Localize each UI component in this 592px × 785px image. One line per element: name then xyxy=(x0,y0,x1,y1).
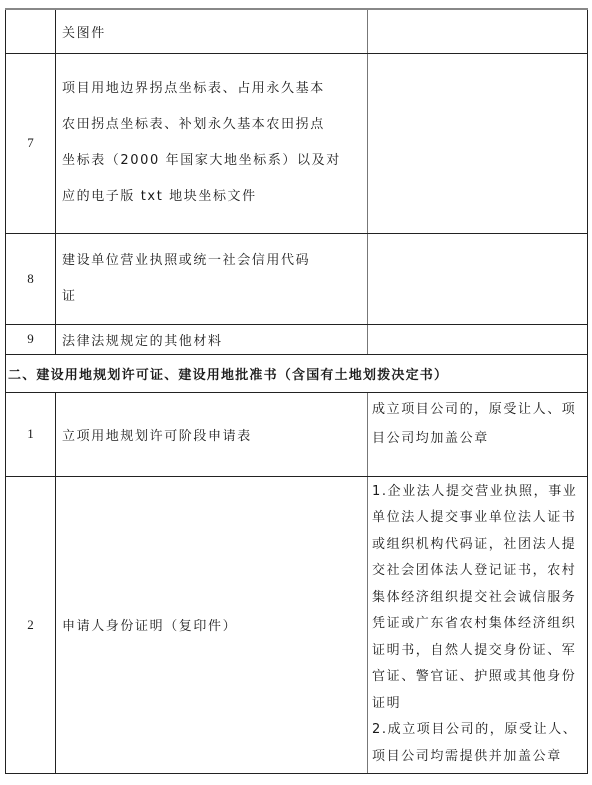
row-number: 1 xyxy=(6,392,56,476)
item-text: 应的电子版 txt 地块坐标文件 xyxy=(62,179,361,215)
row-number: 9 xyxy=(6,324,56,354)
item-cell: 立项用地规划许可阶段申请表 xyxy=(56,392,368,476)
note-cell xyxy=(368,9,588,53)
row-number: 7 xyxy=(6,53,56,233)
item-cell: 法律法规规定的其他材料 xyxy=(56,324,368,354)
note-text: 或组织机构代码证，社团法人提 xyxy=(372,532,584,559)
note-text: 1.企业法人提交营业执照，事业 xyxy=(372,479,584,506)
row-number xyxy=(6,9,56,53)
row-number: 2 xyxy=(6,476,56,773)
table-row: 关图件 xyxy=(6,9,588,53)
table-row: 7 项目用地边界拐点坐标表、占用永久基本 农田拐点坐标表、补划永久基本农田拐点 … xyxy=(6,53,588,233)
item-text: 申请人身份证明（复印件） xyxy=(62,615,361,634)
item-cell: 建设单位营业执照或统一社会信用代码 证 xyxy=(56,233,368,324)
note-text: 证明 xyxy=(372,691,584,718)
note-cell xyxy=(368,233,588,324)
table-row: 9 法律法规规定的其他材料 xyxy=(6,324,588,354)
item-cell: 申请人身份证明（复印件） xyxy=(56,476,368,773)
note-cell: 成立项目公司的，原受让人、项 目公司均加盖公章 xyxy=(368,392,588,476)
item-text: 建设单位营业执照或统一社会信用代码 xyxy=(62,243,361,279)
item-text: 项目用地边界拐点坐标表、占用永久基本 xyxy=(62,71,361,107)
row-number: 8 xyxy=(6,233,56,324)
item-text: 法律法规规定的其他材料 xyxy=(62,330,361,349)
item-text: 立项用地规划许可阶段申请表 xyxy=(62,425,361,444)
note-cell: 1.企业法人提交营业执照，事业 单位法人提交事业单位法人证书 或组织机构代码证，… xyxy=(368,476,588,773)
section-header: 二、建设用地规划许可证、建设用地批准书（含国有土地划拨决定书） xyxy=(6,354,588,392)
note-text: 凭证或广东省农村集体经济组织 xyxy=(372,611,584,638)
note-text: 项目公司均需提供并加盖公章 xyxy=(372,744,584,771)
item-cell: 项目用地边界拐点坐标表、占用永久基本 农田拐点坐标表、补划永久基本农田拐点 坐标… xyxy=(56,53,368,233)
note-text: 证明书，自然人提交身份证、军 xyxy=(372,638,584,665)
table-row: 8 建设单位营业执照或统一社会信用代码 证 xyxy=(6,233,588,324)
item-text: 农田拐点坐标表、补划永久基本农田拐点 xyxy=(62,107,361,143)
item-text: 坐标表（2000 年国家大地坐标系）以及对 xyxy=(62,143,361,179)
note-text: 单位法人提交事业单位法人证书 xyxy=(372,505,584,532)
note-text: 2.成立项目公司的，原受让人、 xyxy=(372,717,584,744)
section-header-row: 二、建设用地规划许可证、建设用地批准书（含国有土地划拨决定书） xyxy=(6,354,588,392)
note-text: 目公司均加盖公章 xyxy=(372,424,584,453)
note-cell xyxy=(368,53,588,233)
item-text: 关图件 xyxy=(62,22,361,41)
table-row: 2 申请人身份证明（复印件） 1.企业法人提交营业执照，事业 单位法人提交事业单… xyxy=(6,476,588,773)
requirements-table: 关图件 7 项目用地边界拐点坐标表、占用永久基本 农田拐点坐标表、补划永久基本农… xyxy=(5,8,588,774)
table-row: 1 立项用地规划许可阶段申请表 成立项目公司的，原受让人、项 目公司均加盖公章 xyxy=(6,392,588,476)
item-text: 证 xyxy=(62,279,361,315)
note-text: 集体经济组织提交社会诚信服务 xyxy=(372,585,584,612)
note-text: 成立项目公司的，原受让人、项 xyxy=(372,395,584,424)
note-text: 官证、警官证、护照或其他身份 xyxy=(372,664,584,691)
note-cell xyxy=(368,324,588,354)
item-cell: 关图件 xyxy=(56,9,368,53)
note-text: 交社会团体法人登记证书，农村 xyxy=(372,558,584,585)
